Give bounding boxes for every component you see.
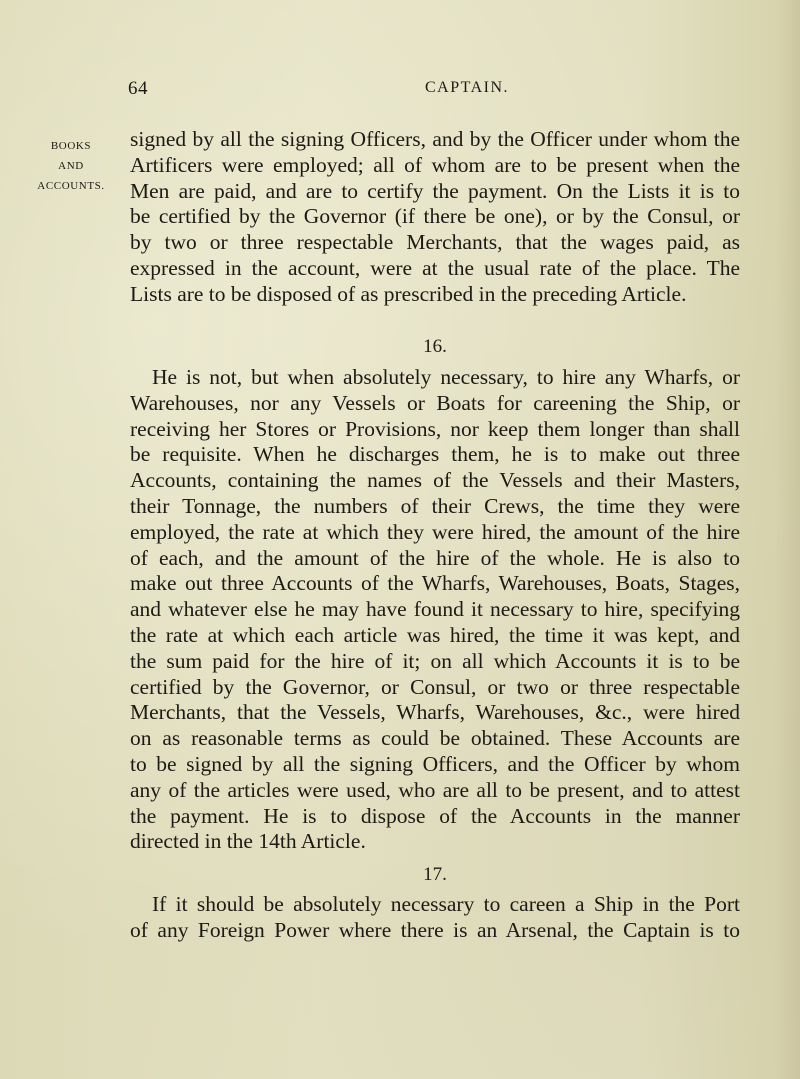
running-title: CAPTAIN. [128,79,736,97]
text-line: be certified by the Governor (if there b… [130,204,740,230]
continuation-paragraph: signed by all the signing Officers, and … [130,127,740,308]
text-line: Merchants, that the Vessels, Wharfs, War… [130,700,740,726]
text-line: and whatever else he may have found it n… [130,597,740,623]
text-line: to be signed by all the signing Officers… [130,752,740,778]
text-line: He is not, but when absolutely necessary… [130,365,740,391]
text-line: Artificers were employed; all of whom ar… [130,153,740,179]
text-line: the payment. He is to dispose of the Acc… [130,804,740,830]
article-17-paragraph: If it should be absolutely necessary to … [130,892,740,944]
text-line: Men are paid, and are to certify the pay… [130,179,740,205]
text-line: Lists are to be disposed of as prescribe… [130,282,740,308]
book-page: 64 CAPTAIN. BOOKS AND ACCOUNTS. signed b… [0,0,800,1079]
text-line: of any Foreign Power where there is an A… [130,918,740,944]
margin-note: BOOKS AND ACCOUNTS. [28,136,114,196]
text-line: of each, and the amount of the hire of t… [130,546,740,572]
article-17-number: 17. [130,864,740,886]
margin-note-line: BOOKS [28,136,114,156]
text-line: on as reasonable terms as could be obtai… [130,726,740,752]
text-line: If it should be absolutely necessary to … [130,892,740,918]
text-line: by two or three respectable Merchants, t… [130,230,740,256]
text-line: make out three Accounts of the Wharfs, W… [130,571,740,597]
text-line: the rate at which each article was hired… [130,623,740,649]
text-line: expressed in the account, were at the us… [130,256,740,282]
text-line: their Tonnage, the numbers of their Crew… [130,494,740,520]
text-line: signed by all the signing Officers, and … [130,127,740,153]
text-line: receiving her Stores or Provisions, nor … [130,417,740,443]
text-line: certified by the Governor, or Consul, or… [130,675,740,701]
article-16-paragraph: He is not, but when absolutely necessary… [130,365,740,855]
running-head: 64 CAPTAIN. [128,78,736,104]
text-line: employed, the rate at which they were hi… [130,520,740,546]
text-line: any of the articles were used, who are a… [130,778,740,804]
text-line: Accounts, containing the names of the Ve… [130,468,740,494]
margin-note-line: AND [28,156,114,176]
text-line: Warehouses, nor any Vessels or Boats for… [130,391,740,417]
text-line: be requisite. When he discharges them, h… [130,442,740,468]
text-line: directed in the 14th Article. [130,829,740,855]
text-line: the sum paid for the hire of it; on all … [130,649,740,675]
margin-note-line: ACCOUNTS. [28,176,114,196]
article-16-number: 16. [130,336,740,358]
